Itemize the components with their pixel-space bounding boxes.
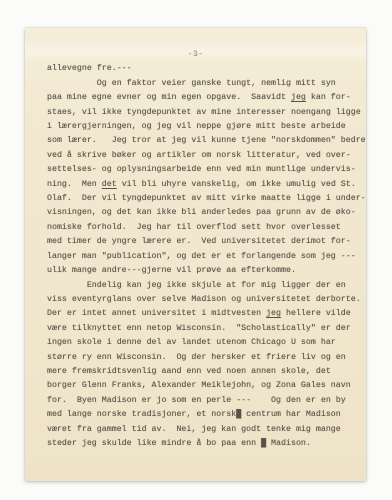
text-line: mere fremskridtsvenlig aand enn ved noen…	[47, 365, 358, 379]
text-line: visningen, og det kan ikke bli anderlede…	[47, 206, 358, 220]
text-segment: som lærer. Jeg tror at jeg vil kunne tje…	[47, 136, 366, 145]
text-segment: Olaf. Der vil tyngdepunktet av mitt virk…	[47, 194, 366, 203]
text-segment: viss eventyrglans over selve Madison og …	[47, 295, 361, 304]
text-line: allevegne fre.---	[47, 62, 358, 76]
text-line: staes, vil ikke tyngdepunktet av mine in…	[47, 106, 358, 120]
text-segment: være tilknyttet enn netop Wisconsin. "Sc…	[47, 324, 351, 333]
text-line: nomiske forhold. Jeg har til overflod se…	[47, 221, 358, 235]
text-segment: ingen skole i denne del av landet utenom…	[47, 338, 336, 347]
text-segment: i lærergjerningen, og jeg vil neppe gjør…	[47, 122, 346, 131]
photo-background: -3- allevegne fre.--- Og en faktor veier…	[0, 0, 392, 500]
text-line: ulik mange andre---gjerne vil prøve aa e…	[47, 264, 358, 278]
text-line: Olaf. Der vil tyngdepunktet av mitt virk…	[47, 192, 358, 206]
text-line: Der er intet annet universitet i midtves…	[47, 307, 358, 321]
text-line: i lærergjerningen, og jeg vil neppe gjør…	[47, 120, 358, 134]
text-segment: staes, vil ikke tyngdepunktet av mine in…	[47, 108, 361, 117]
document-body: allevegne fre.--- Og en faktor veier gan…	[25, 62, 366, 451]
text-segment: hellere vilde	[281, 309, 351, 318]
text-line: ning. Men det vil bli uhyre vanskelig, o…	[47, 178, 358, 192]
text-segment: med lange norske tradisjoner, et norsk█ …	[47, 410, 341, 419]
text-line: med timer de yngre lærere er. Ved univer…	[47, 235, 358, 249]
text-segment: steder jeg skulde like mindre å bo paa e…	[47, 439, 311, 448]
text-segment: ning. Men	[47, 180, 102, 189]
text-line: borger Glenn Franks, Alexander Meiklejoh…	[47, 379, 358, 393]
text-line: ingen skole i denne del av landet utenom…	[47, 336, 358, 350]
text-segment: mere fremskridtsvenlig aand enn ved noen…	[47, 367, 331, 376]
text-line: større ry enn Wisconsin. Og der hersker …	[47, 351, 358, 365]
text-line: viss eventyrglans over selve Madison og …	[47, 293, 358, 307]
text-segment: borger Glenn Franks, Alexander Meiklejoh…	[47, 381, 351, 390]
text-segment: Endelig kan jeg ikke skjule at for mig l…	[47, 281, 346, 290]
text-segment: med timer de yngre lærere er. Ved univer…	[47, 237, 351, 246]
text-segment: vil bli uhyre vanskelig, om ikke umulig …	[117, 180, 356, 189]
underlined-word: jeg	[291, 93, 306, 102]
text-segment: allevegne fre.---	[47, 64, 132, 73]
text-line: Endelig kan jeg ikke skjule at for mig l…	[47, 279, 358, 293]
document-page: -3- allevegne fre.--- Og en faktor veier…	[25, 28, 366, 481]
page-number: -3-	[25, 48, 366, 62]
text-segment: været fra gammel tid av. Nei, jeg kan go…	[47, 425, 341, 434]
text-segment: paa mine egne evner og min egen opgave. …	[47, 93, 291, 102]
text-segment: kan for-	[306, 93, 351, 102]
text-segment: Og en faktor veier ganske tungt, nemlig …	[47, 79, 336, 88]
text-segment: langer man "publication", og det er et f…	[47, 252, 356, 261]
text-segment: nomiske forhold. Jeg har til overflod se…	[47, 223, 341, 232]
text-segment: Der er intet annet universitet i midtves…	[47, 309, 266, 318]
text-segment: visningen, og det kan ikke bli anderlede…	[47, 208, 356, 217]
underlined-word: jeg	[266, 309, 281, 318]
text-line: været fra gammel tid av. Nei, jeg kan go…	[47, 423, 358, 437]
text-line: med lange norske tradisjoner, et norsk█ …	[47, 408, 358, 422]
text-line: Og en faktor veier ganske tungt, nemlig …	[47, 77, 358, 91]
text-line: settelses- og oplysningsarbeide enn ved …	[47, 163, 358, 177]
text-segment: for. Byen Madison er jo som en perle ---…	[47, 396, 346, 405]
text-segment: større ry enn Wisconsin. Og der hersker …	[47, 353, 346, 362]
text-line: for. Byen Madison er jo som en perle ---…	[47, 394, 358, 408]
text-segment: ulik mange andre---gjerne vil prøve aa e…	[47, 266, 296, 275]
text-segment: settelses- og oplysningsarbeide enn ved …	[47, 165, 356, 174]
text-line: være tilknyttet enn netop Wisconsin. "Sc…	[47, 322, 358, 336]
text-line: steder jeg skulde like mindre å bo paa e…	[47, 437, 358, 451]
underlined-word: det	[102, 180, 117, 189]
text-line: som lærer. Jeg tror at jeg vil kunne tje…	[47, 134, 358, 148]
text-line: ved å skrive bøker og artikler om norsk …	[47, 149, 358, 163]
text-line: langer man "publication", og det er et f…	[47, 250, 358, 264]
text-segment: ved å skrive bøker og artikler om norsk …	[47, 151, 351, 160]
text-line: paa mine egne evner og min egen opgave. …	[47, 91, 358, 105]
